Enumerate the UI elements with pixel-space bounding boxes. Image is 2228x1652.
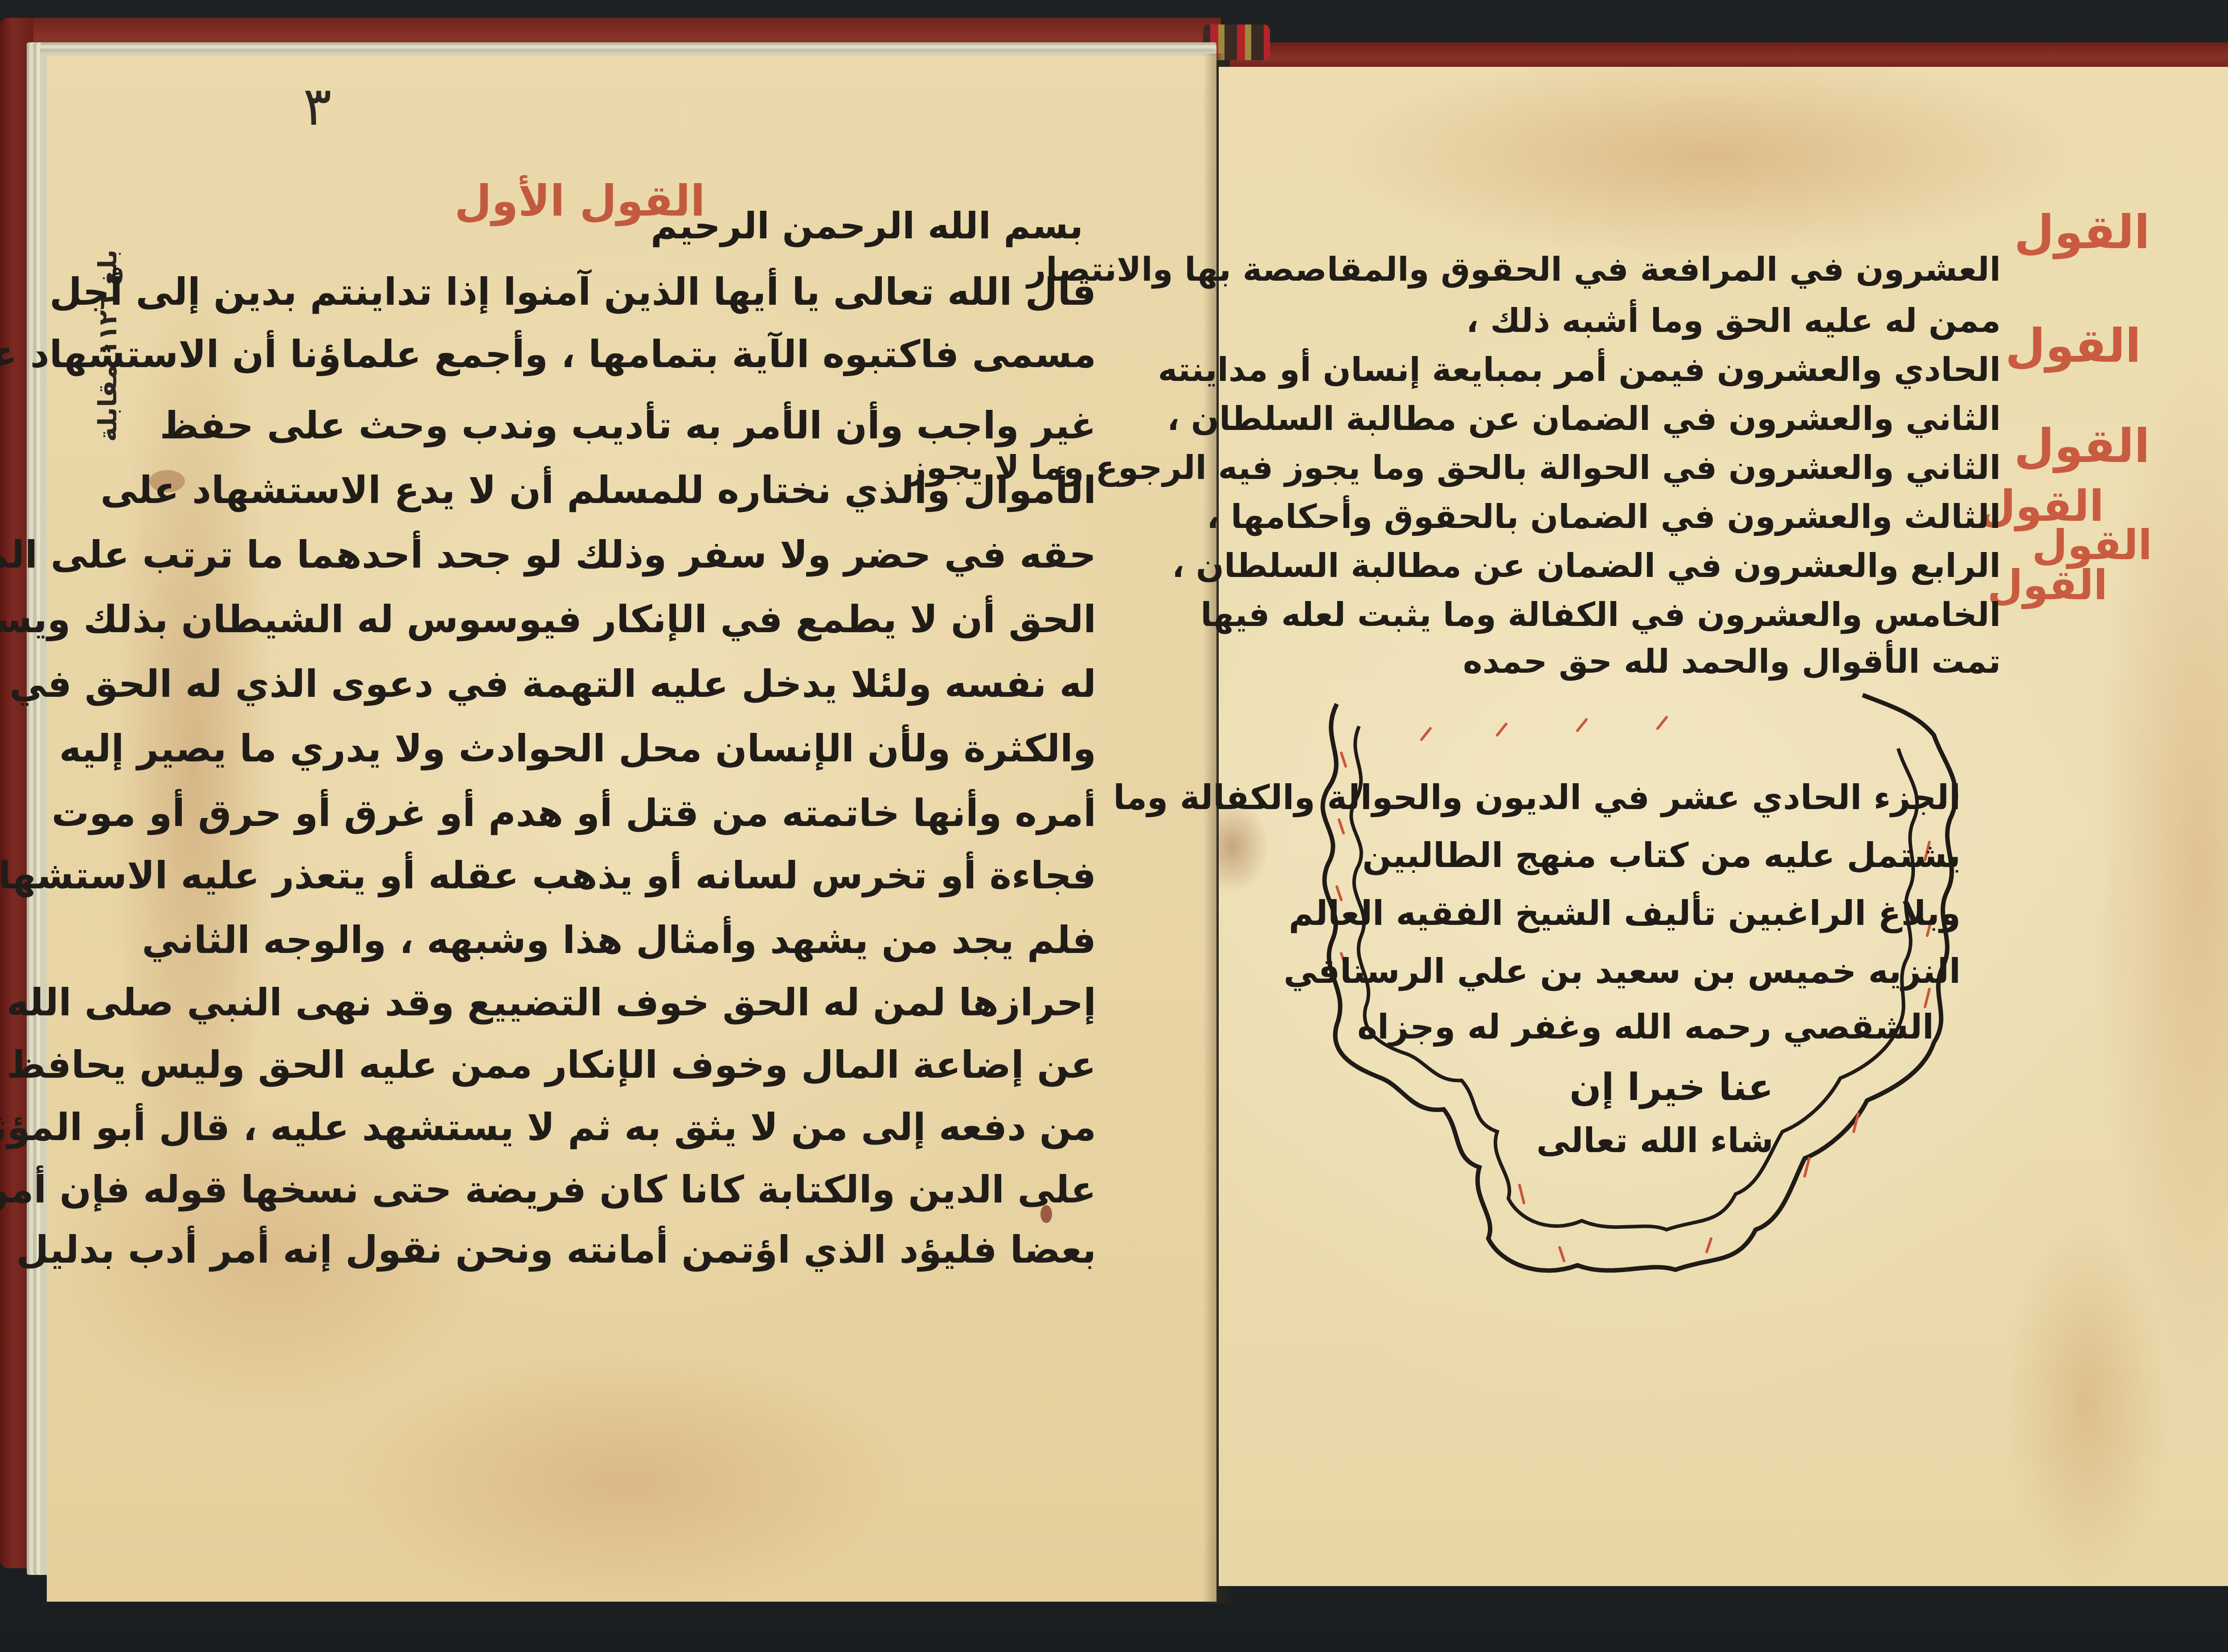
margin-rubric-qawl: القول [1987,561,2108,609]
text-line: والكثرة ولأن الإنسان محل الحوادث ولا يدر… [59,724,1096,773]
text-line: الحق أن لا يطمع في الإنكار فيوسوس له الش… [0,595,1096,644]
text-line: بعضا فليؤد الذي اؤتمن أمانته ونحن نقول إ… [16,1225,1096,1274]
right-page-contents-list: العشرون في المرافعة في الحقوق والمقاصصة … [1243,209,2001,699]
contents-line: تمت الأقوال والحمد لله حق حمده [1463,639,2001,684]
margin-rubric-qawl: القول [2005,319,2141,373]
cartouche-line: يشتمل عليه من كتاب منهج الطالبين [1362,833,1961,878]
text-line: حقه في حضر ولا سفر وذلك لو جحد أحدهما ما… [0,530,1096,579]
contents-line: الثاني والعشرون في الحوالة بالحق وما يجو… [907,446,2001,490]
cartouche-line: عنا خيرا إن [1569,1065,1773,1109]
contents-line: الثاني والعشرون في الضمان عن مطالبة السل… [1167,397,2001,441]
cartouche-line: وبلاغ الراغبين تأليف الشيخ الفقيه العالم [1289,891,1961,936]
left-page-text-block: قال الله تعالى يا أيها الذين آمنوا إذا ت… [285,192,1096,1394]
text-line: أمره وأنها خاتمته من قتل أو هدم أو غرق أ… [52,789,1096,838]
text-line: له نفسه ولئلا يدخل عليه التهمة في دعوى ا… [0,659,1096,708]
contents-line: ممن له عليه الحق وما أشبه ذلك ، [1466,299,2001,343]
margin-rubric-qawl: القول [2014,205,2150,259]
text-line: إحرازها لمن له الحق خوف التضييع وقد نهى … [0,978,1096,1027]
contents-line: الخامس والعشرون في الكفالة وما يثبت لعله… [1200,593,2001,637]
cartouche-line: الشقصي رحمه الله وغفر له وجزاه [1357,1005,1934,1049]
leather-cover-top-right [1230,42,2228,69]
margin-rubric-qawl: القول [2014,419,2150,473]
text-line: عن إضاعة المال وخوف الإنكار ممن عليه الح… [0,1040,1096,1089]
text-line: فلم يجد من يشهد وأمثال هذا وشبهه ، والوج… [142,916,1096,965]
contents-line: العشرون في المرافعة في الحقوق والمقاصصة … [1027,247,2001,292]
cartouche-line: النزيه خميس بن سعيد بن علي الرستاقي [1283,949,1961,994]
title-cartouche: الجزء الحادي عشر في الديون والحوالة والك… [1310,686,2023,1310]
contents-line: الحادي والعشرون فيمن أمر بمبايعة إنسان أ… [1158,348,2001,392]
text-line: قال الله تعالى يا أيها الذين آمنوا إذا ت… [49,267,1096,316]
cartouche-line: الجزء الحادي عشر في الديون والحوالة والك… [1113,775,1961,820]
folio-number: ٣ [303,76,332,138]
text-line: مسمى فاكتبوه الآية بتمامها ، وأجمع علماؤ… [0,330,1096,379]
contents-line: الرابع والعشرون في الضمان عن مطالبة السل… [1172,544,2001,588]
text-line: غير واجب وأن الأمر به تأديب وندب وحث على… [160,401,1096,450]
text-line: فجاءة أو تخرس لسانه أو يذهب عقله أو يتعذ… [0,851,1096,900]
text-line: من دفعه إلى من لا يثق به ثم لا يستشهد عل… [0,1103,1096,1152]
text-line: على الدين والكتابة كانا كان فريضة حتى نس… [0,1165,1096,1214]
contents-line: الثالث والعشرون في الضمان بالحقوق وأحكام… [1207,495,2001,539]
cartouche-line: شاء الله تعالى [1536,1118,1773,1163]
